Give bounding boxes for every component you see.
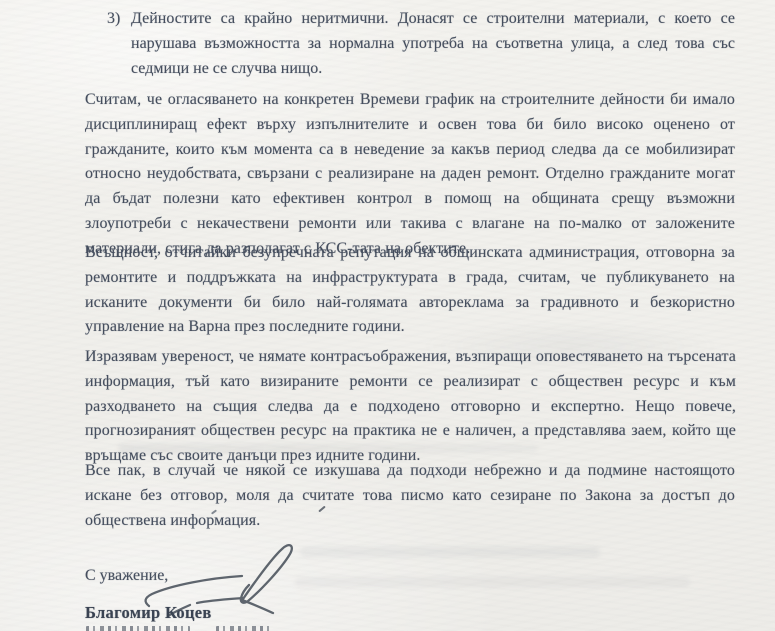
list-item-marker: 3) — [107, 7, 131, 81]
list-item-text: Дейностите са крайно неритмични. Донасят… — [131, 7, 735, 81]
scan-ghost-text — [295, 577, 690, 587]
paragraph-legal-notice: Все пак, в случай че някой се изкушава д… — [85, 459, 735, 533]
signer-name: Благомир Коцев — [85, 603, 212, 623]
paragraph-schedule-argument: Считам, че огласяването на конкретен Вре… — [85, 88, 735, 262]
truncated-bottom-text-line — [86, 626, 286, 631]
paragraph-reputation-argument: Всъщност, отчитайки безупречната репутац… — [85, 241, 735, 340]
scanned-letter-page: 3) Дейностите са крайно неритмични. Дона… — [0, 0, 775, 631]
list-item-3: 3) Дейностите са крайно неритмични. Дона… — [107, 7, 735, 81]
paragraph-public-resource-argument: Изразявам увереност, че нямате контрасъо… — [85, 345, 736, 469]
